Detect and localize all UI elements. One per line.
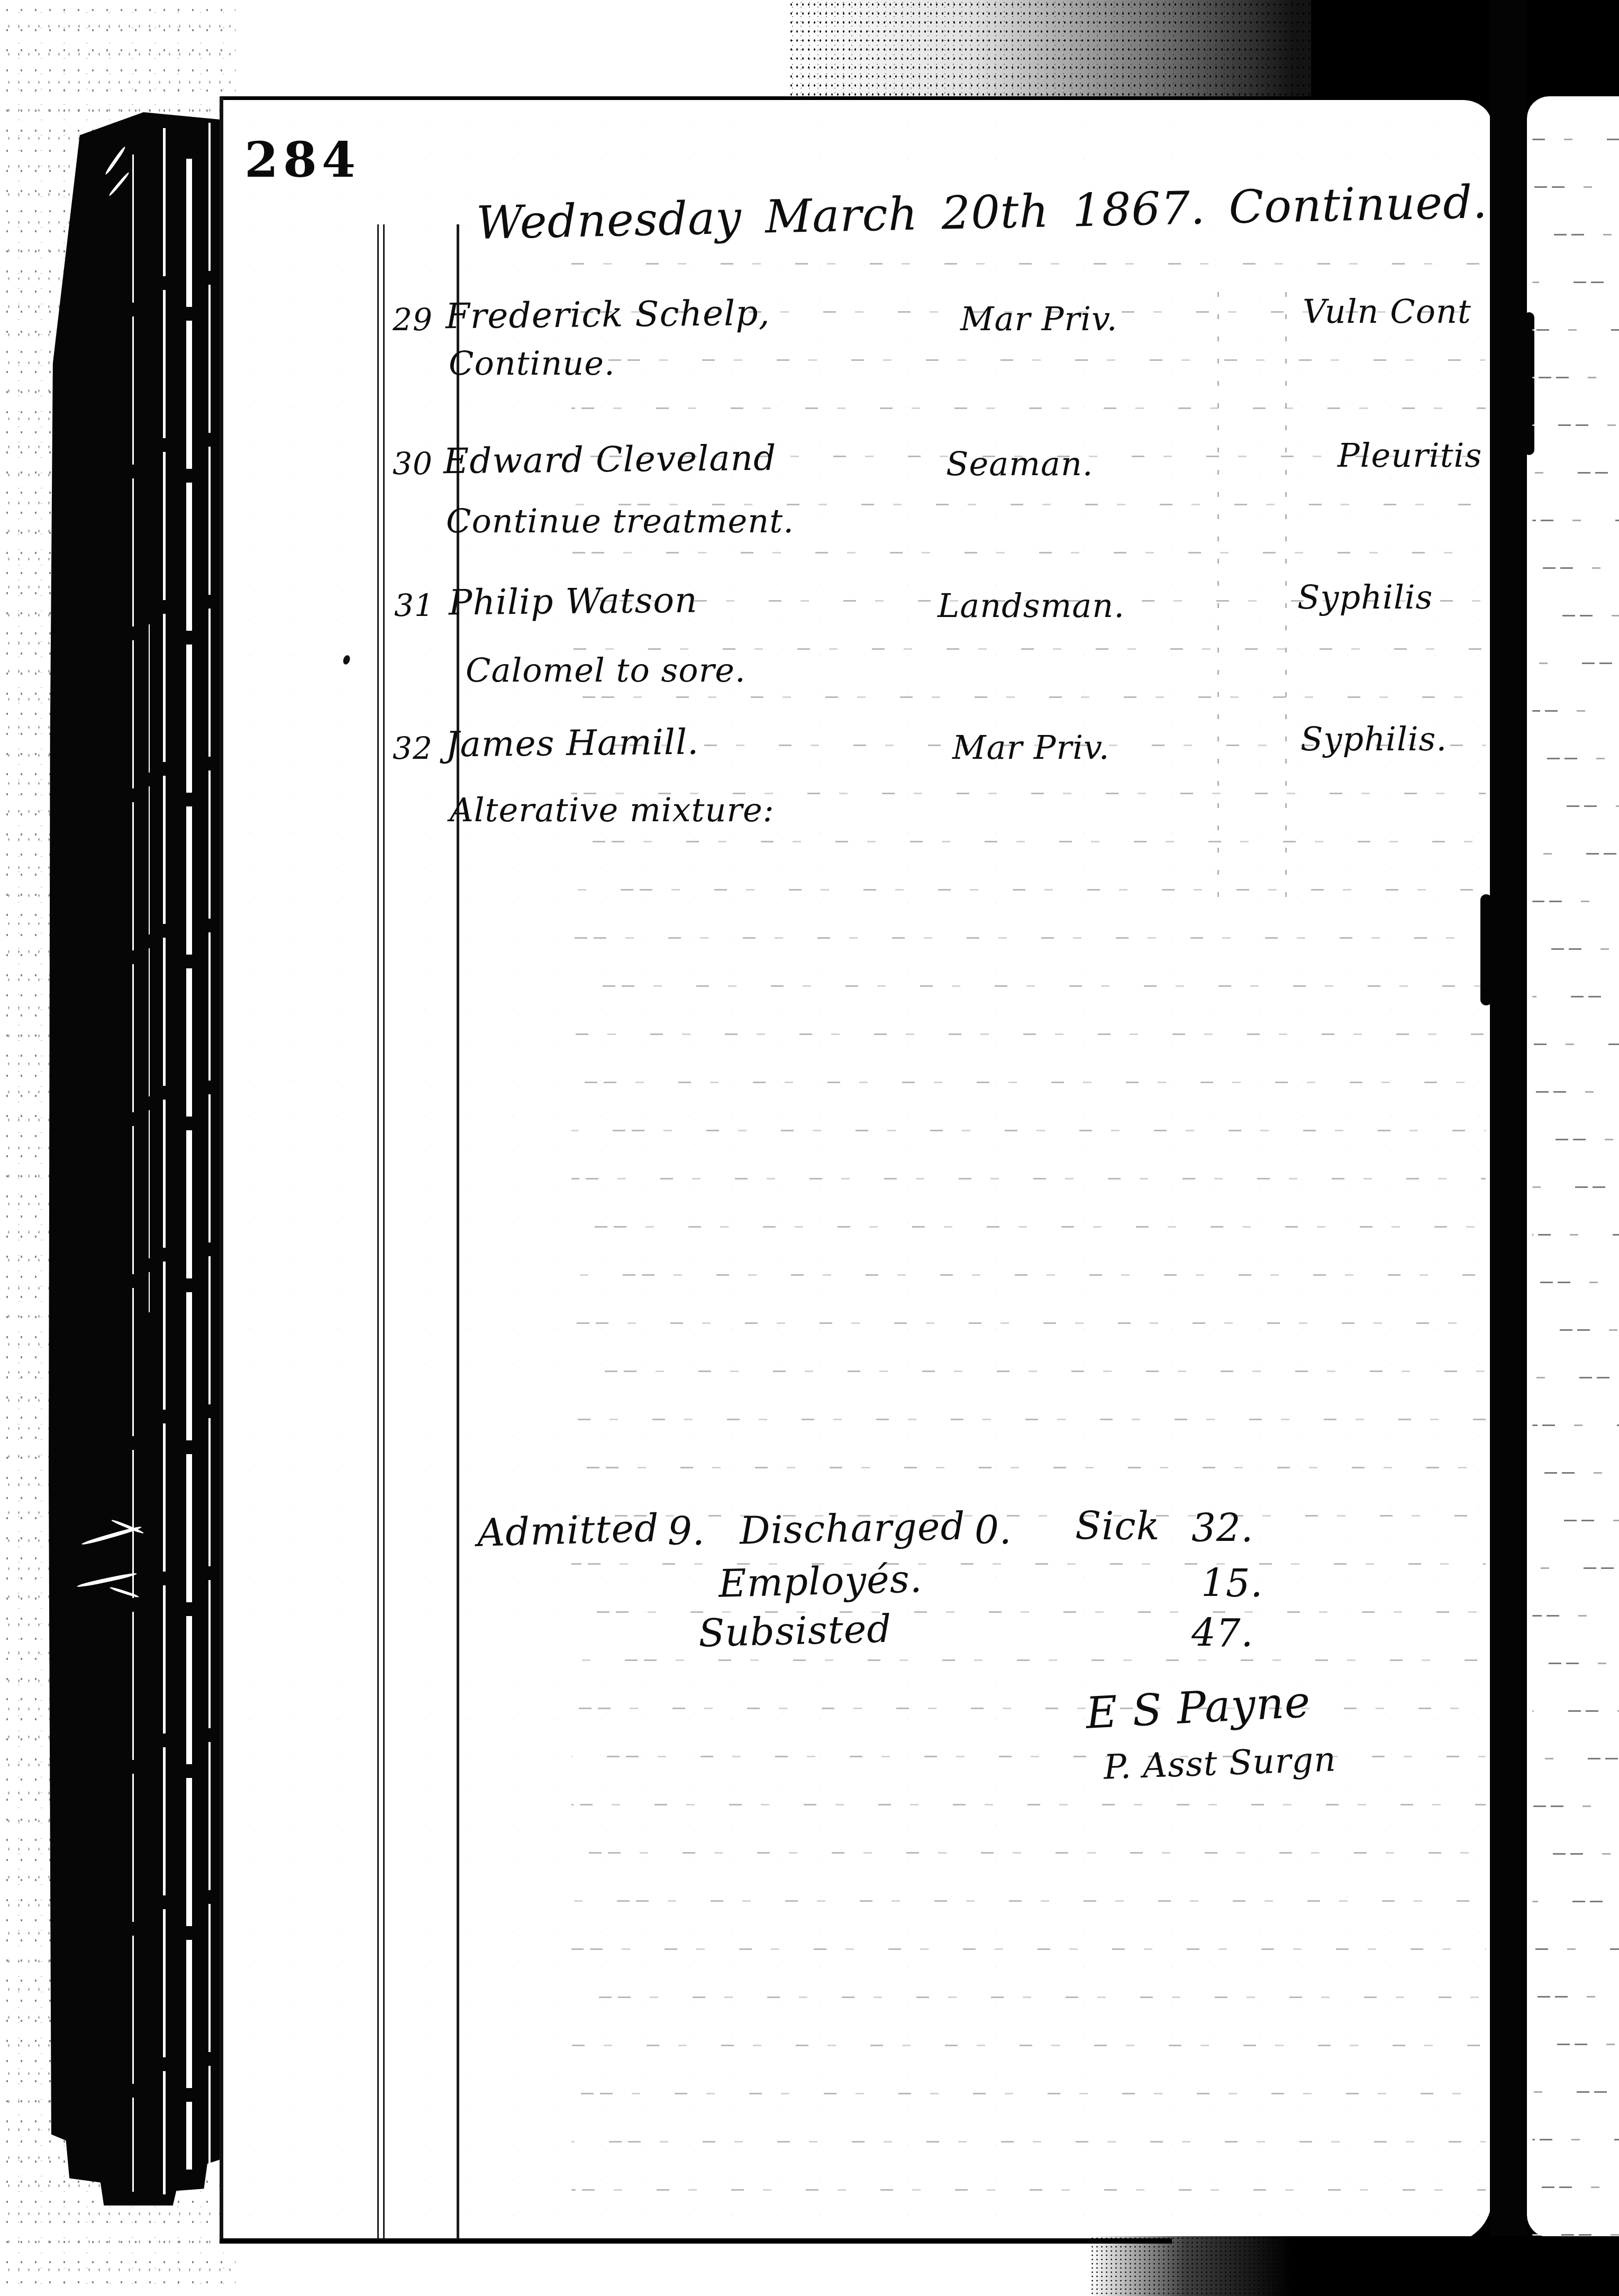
treatment-note: Calomel to sore.	[466, 651, 746, 689]
ruled-line	[1532, 1329, 1619, 1331]
ruled-line	[1532, 615, 1619, 616]
ruled-line	[1532, 472, 1619, 474]
treatment-note: Continue.	[449, 344, 615, 383]
patient-name: Edward Cleveland	[443, 438, 777, 482]
treatment-note: Alterative mixture:	[450, 791, 775, 829]
ruled-line	[571, 1563, 1486, 1565]
ruled-line	[1532, 663, 1619, 664]
ruled-line	[1532, 805, 1619, 807]
signature-title: P. Asst Surgn	[1103, 1740, 1337, 1787]
ruled-line	[571, 2045, 1486, 2046]
ruled-line	[1532, 1758, 1619, 1759]
discharged-value: 0.	[975, 1508, 1012, 1553]
ruled-line	[571, 1082, 1486, 1083]
entry-number: 30	[393, 446, 433, 482]
ruled-line	[571, 937, 1486, 939]
ruled-line	[571, 1659, 1486, 1661]
scan-noise-top-edge	[788, 0, 1315, 97]
book-spine	[49, 112, 221, 2206]
ruled-line	[571, 1419, 1486, 1420]
ruled-line	[571, 359, 1486, 361]
ruled-line	[571, 1033, 1486, 1035]
ruled-line	[571, 407, 1486, 409]
ruled-line	[1532, 710, 1619, 712]
entry-number: 32	[393, 730, 433, 766]
folio-number: 284	[244, 131, 360, 188]
ruled-line	[1532, 1615, 1619, 1617]
ruled-line	[571, 1178, 1486, 1179]
ruled-line	[1532, 1663, 1619, 1664]
ruled-line	[1532, 1234, 1619, 1236]
ruled-line	[1532, 2186, 1619, 2188]
diagnosis: Syphilis	[1297, 578, 1433, 616]
patient-name: Frederick Schelp,	[445, 293, 770, 337]
ruled-line	[1532, 2234, 1619, 2236]
page-bottom-edge-line	[220, 2238, 1172, 2244]
admitted-value: 9.	[668, 1509, 705, 1554]
ruled-line	[1532, 139, 1619, 140]
ruled-line	[1532, 377, 1619, 378]
ruled-line	[571, 1804, 1486, 1805]
ruled-lines-main-page	[571, 263, 1486, 2242]
ruled-line	[1532, 1710, 1619, 1712]
scan-black-band-top	[1311, 0, 1619, 97]
ruled-line	[571, 985, 1486, 987]
sick-value: 32.	[1191, 1506, 1254, 1550]
ruled-line	[571, 2189, 1486, 2191]
diagnosis: Syphilis.	[1300, 720, 1447, 758]
admitted-label: Admitted	[477, 1505, 660, 1555]
scanned-ledger-page: { "document": { "folio_number": "284", "…	[0, 0, 1619, 2296]
ruled-line	[571, 1130, 1486, 1131]
ruled-line	[571, 1900, 1486, 1902]
ruled-line	[1532, 1567, 1619, 1569]
ruled-line	[1532, 186, 1619, 188]
ruled-line	[571, 696, 1486, 698]
ruled-line	[1532, 1186, 1619, 1188]
ruled-line	[1532, 424, 1619, 426]
ruled-line	[1532, 1948, 1619, 1950]
ruled-line	[571, 263, 1486, 265]
patient-rate: Mar Priv.	[960, 300, 1117, 338]
spine-page-edge-streak	[149, 624, 150, 1312]
spine-page-edge-streak	[186, 159, 192, 2170]
ruled-line	[1532, 2139, 1619, 2140]
ruled-line	[1532, 1805, 1619, 1807]
ruled-line	[571, 2093, 1486, 2094]
ruled-line	[1532, 758, 1619, 759]
spine-page-edge-streak	[132, 155, 134, 2192]
sick-label: Sick	[1075, 1504, 1160, 1548]
ruled-line	[571, 1996, 1486, 1998]
diagnosis: Vuln Cont	[1303, 292, 1471, 331]
employes-value: 15.	[1201, 1561, 1263, 1605]
ledger-rule-vertical-left-1	[377, 224, 379, 2239]
scan-black-band-bottom-fade	[1090, 2236, 1312, 2296]
entry-number: 31	[394, 587, 434, 623]
ruled-lines-next-page	[1532, 139, 1616, 2239]
ruled-line	[1532, 2091, 1619, 2093]
ruled-line	[1532, 567, 1619, 569]
ruled-line	[571, 552, 1486, 553]
ruled-line	[571, 1515, 1486, 1517]
ruled-line	[1532, 1996, 1619, 1998]
ruled-line	[571, 648, 1486, 650]
ruled-line	[571, 2141, 1486, 2143]
patient-name: Philip Watson	[449, 580, 698, 623]
treatment-note: Continue treatment.	[446, 502, 794, 540]
ruled-line	[1532, 520, 1619, 521]
ruled-line	[571, 889, 1486, 891]
ruled-line	[1532, 1043, 1619, 1045]
entry-number: 29	[393, 302, 433, 338]
ruled-line	[571, 1226, 1486, 1228]
patient-rate: Seaman.	[946, 444, 1094, 483]
subsisted-label: Subsisted	[698, 1607, 892, 1656]
ruled-line	[571, 841, 1486, 842]
ruled-line	[571, 1371, 1486, 1372]
ruled-line	[1532, 1472, 1619, 1474]
ruled-line	[571, 1948, 1486, 1950]
ruled-line	[1532, 1377, 1619, 1378]
ruled-line	[1532, 2044, 1619, 2045]
ruled-line	[1532, 948, 1619, 950]
ruled-line	[1532, 996, 1619, 997]
ruled-line	[1532, 853, 1619, 855]
employes-label: Employés.	[718, 1556, 923, 1605]
page-gutter	[1490, 0, 1527, 2296]
ruled-line	[1532, 1282, 1619, 1283]
ruled-line	[1532, 1520, 1619, 1521]
ruled-line	[571, 1274, 1486, 1276]
patient-rate: Landsman.	[938, 586, 1125, 625]
ruled-line	[1532, 1091, 1619, 1093]
ruled-line	[571, 1756, 1486, 1757]
ruled-line	[571, 1852, 1486, 1854]
spine-page-edge-streak	[163, 128, 166, 2194]
ruled-line	[571, 1467, 1486, 1468]
ruled-line	[1532, 1901, 1619, 1902]
ruled-line	[1532, 901, 1619, 902]
spine-page-edge-streak	[208, 123, 211, 2197]
ruled-line	[571, 1708, 1486, 1709]
subsisted-value: 47.	[1191, 1611, 1254, 1655]
ledger-rule-vertical-left-2	[383, 224, 385, 2239]
ruled-line	[1532, 282, 1619, 283]
ruled-line	[1532, 1139, 1619, 1140]
diagnosis: Pleuritis	[1338, 436, 1482, 475]
ruled-line	[1532, 329, 1619, 331]
patient-name: James Hamill.	[445, 721, 699, 765]
patient-rate: Mar Priv.	[952, 728, 1109, 767]
ruled-line	[1532, 1853, 1619, 1855]
ruled-line	[571, 1322, 1486, 1324]
discharged-label: Discharged	[739, 1504, 966, 1553]
ruled-line	[1532, 1424, 1619, 1426]
ruled-line	[1532, 234, 1619, 235]
